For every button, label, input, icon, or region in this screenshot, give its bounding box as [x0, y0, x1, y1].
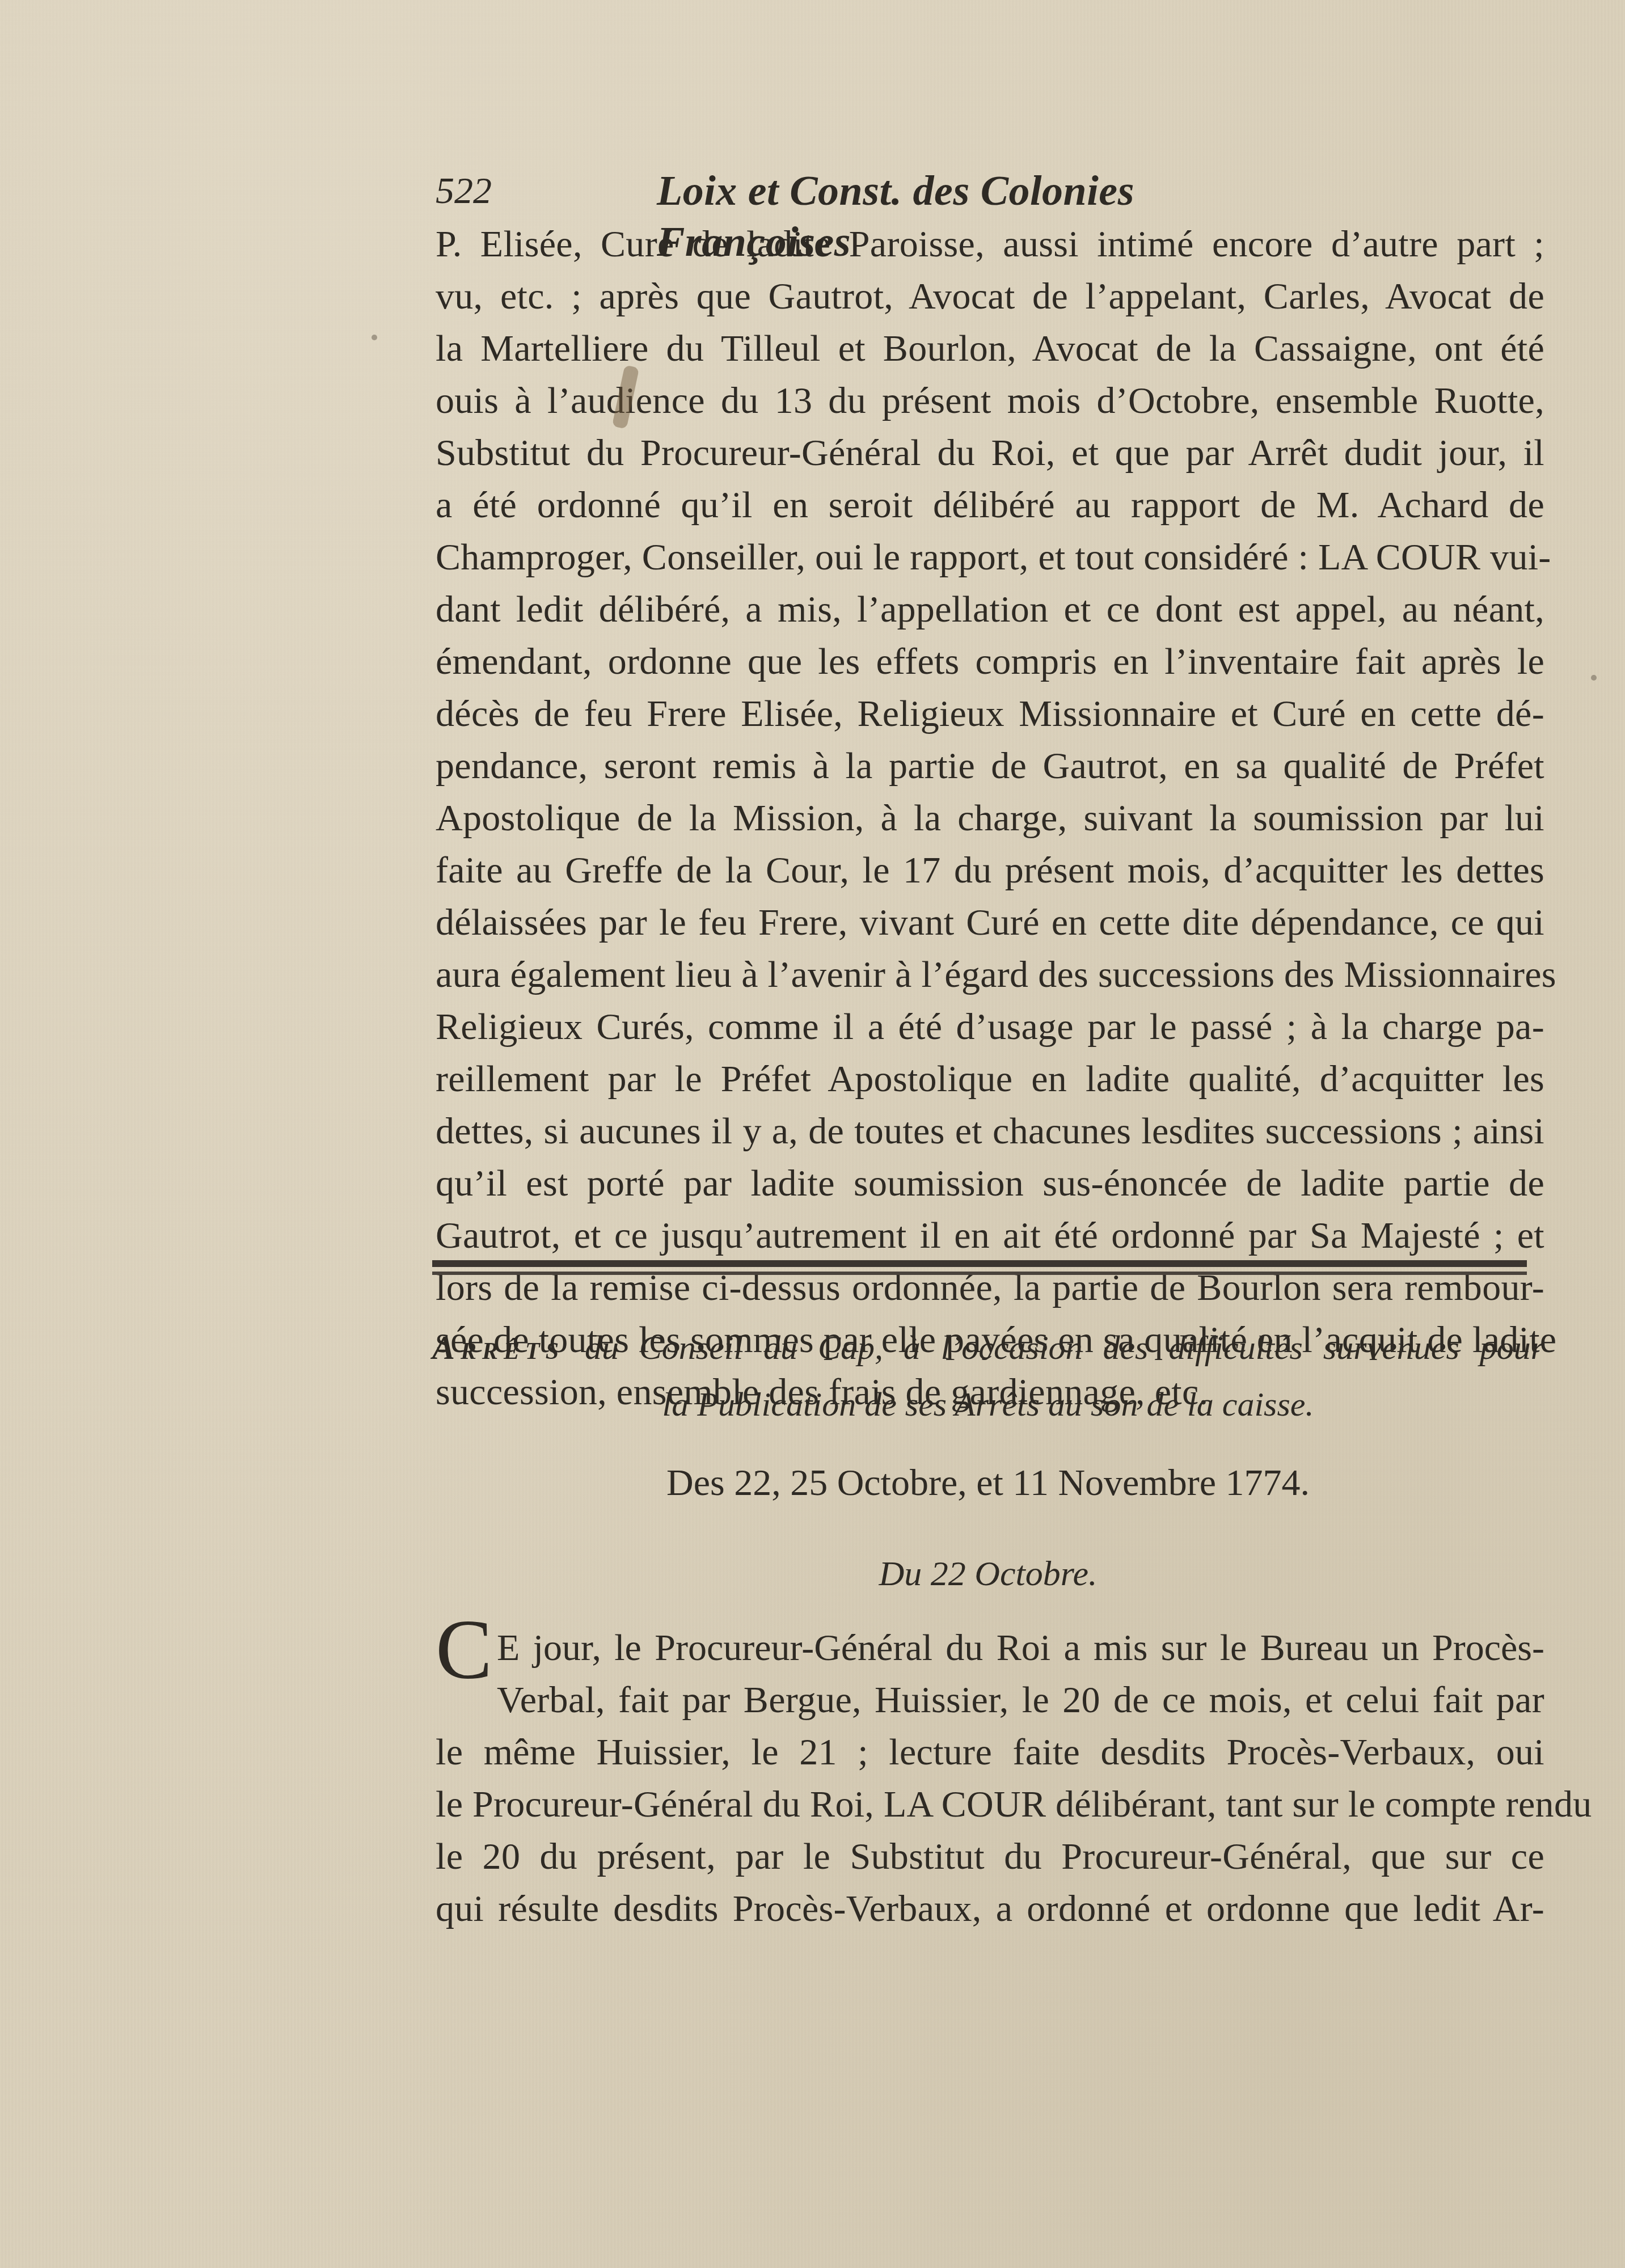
book-page: 522 Loix et Const. des Colonies François…	[0, 0, 1625, 2268]
text-line-first: E jour, le Procureur-Général du Roi a mi…	[436, 1622, 1544, 1674]
text-line: délaissées par le feu Frere, vivant Curé…	[436, 897, 1544, 949]
text-line: pendance, seront remis à la partie de Ga…	[436, 740, 1544, 792]
divider-thick-line	[432, 1260, 1527, 1267]
text-line: le Procureur-Général du Roi, LA COUR dél…	[436, 1779, 1544, 1831]
divider-thin-line	[432, 1272, 1527, 1275]
dates-line: Des 22, 25 Octobre, et 11 Novembre 1774.	[432, 1458, 1544, 1509]
text-line: faite au Greffe de la Cour, le 17 du pré…	[436, 844, 1544, 897]
section-heading: Arrêts du Conseil du Cap, à l’occasion d…	[432, 1319, 1544, 1433]
section-heading-smallcaps: Arrêts	[432, 1329, 564, 1366]
page-number: 522	[436, 166, 492, 217]
running-head: 522 Loix et Const. des Colonies François…	[436, 166, 1298, 217]
text-line: qu’il est porté par ladite soumission su…	[436, 1158, 1544, 1210]
text-line: a été ordonné qu’il en seroit délibéré a…	[436, 479, 1544, 531]
section-heading-rest: du Conseil du Cap, à l’occasion des diff…	[585, 1329, 1544, 1366]
text-line: Substitut du Procureur-Général du Roi, e…	[436, 427, 1544, 479]
text-line: Gautrot, et ce jusqu’autrement il en ait…	[436, 1210, 1544, 1262]
text-line: reillement par le Préfet Apostolique en …	[436, 1053, 1544, 1105]
section-divider-rule	[432, 1260, 1527, 1277]
margin-speck	[372, 335, 377, 340]
text-line: P. Elisée, Curé de ladite Paroisse, auss…	[436, 218, 1544, 271]
text-line: émendant, ordonne que les effets compris…	[436, 636, 1544, 688]
text-line: qui résulte desdits Procès-Verbaux, a or…	[436, 1883, 1544, 1935]
text-line: Apostolique de la Mission, à la charge, …	[436, 792, 1544, 844]
text-line: dant ledit délibéré, a mis, l’appellatio…	[436, 584, 1544, 636]
paragraph-judgment: P. Elisée, Curé de ladite Paroisse, auss…	[436, 218, 1544, 1418]
drop-cap: C	[436, 1613, 492, 1687]
text-line: aura également lieu à l’avenir à l’égard…	[436, 949, 1544, 1001]
margin-speck	[1591, 675, 1597, 681]
section-heading-line-2: la Publication de ses Arrêts au son de l…	[432, 1376, 1544, 1433]
text-line: vu, etc. ; après que Gautrot, Avocat de …	[436, 271, 1544, 323]
paragraph-arret: C E jour, le Procureur-Général du Roi a …	[436, 1622, 1544, 1935]
text-line: Champroger, Conseiller, oui le rapport, …	[436, 531, 1544, 584]
text-line: ouis à l’audience du 13 du présent mois …	[436, 375, 1544, 427]
text-line: dettes, si aucunes il y a, de toutes et …	[436, 1105, 1544, 1158]
sub-date-heading: Du 22 Octobre.	[432, 1548, 1544, 1599]
text-line: Verbal, fait par Bergue, Huissier, le 20…	[436, 1674, 1544, 1726]
text-line: la Martelliere du Tilleul et Bourlon, Av…	[436, 323, 1544, 375]
text-line: Religieux Curés, comme il a été d’usage …	[436, 1001, 1544, 1053]
text-line: décès de feu Frere Elisée, Religieux Mis…	[436, 688, 1544, 740]
text-line: le même Huissier, le 21 ; lecture faite …	[436, 1726, 1544, 1779]
text-line: le 20 du présent, par le Substitut du Pr…	[436, 1831, 1544, 1883]
section-heading-line-1: Arrêts du Conseil du Cap, à l’occasion d…	[432, 1319, 1544, 1376]
